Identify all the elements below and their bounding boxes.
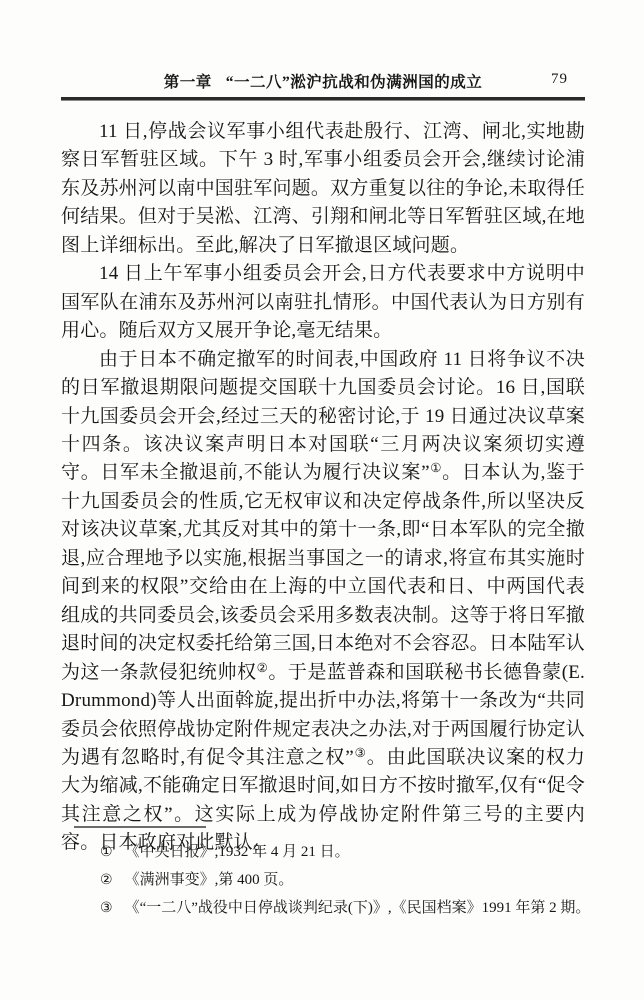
- header-rule: [61, 97, 585, 101]
- footnote-item: ①《中央日报》,1932 年 4 月 21 日。: [61, 838, 585, 866]
- footnote-reference-marker: ①: [430, 461, 442, 475]
- chapter-label: 第一章: [164, 70, 212, 92]
- chapter-title: “一二八”淞沪抗战和伪满洲国的成立: [226, 70, 483, 92]
- page-number: 79: [551, 71, 568, 88]
- paragraph: 由于日本不确定撤军的时间表,中国政府 11 日将争议不决的日军撤退期限问题提交国…: [61, 346, 585, 858]
- body-text: 11 日,停战会议军事小组代表赴殷行、江湾、闸北,实地勘察日军暂驻区域。下午 3…: [61, 118, 585, 858]
- footnote-reference-marker: ②: [257, 661, 269, 675]
- paragraph: 14 日上午军事小组委员会开会,日方代表要求中方说明中国军队在浦东及苏州河以南驻…: [61, 260, 585, 345]
- footnote-marker: ③: [100, 900, 113, 916]
- footnote-item: ③《“一二八”战役中日停战谈判纪录(下)》,《民国档案》1991 年第 2 期。: [61, 894, 585, 922]
- book-page: 第一章 “一二八”淞沪抗战和伪满洲国的成立 79 11 日,停战会议军事小组代表…: [0, 0, 644, 1000]
- footnote-separator: [74, 826, 206, 828]
- footnote-marker: ①: [100, 844, 113, 860]
- footnote-marker: ②: [100, 872, 113, 888]
- footnote-text: 《“一二八”战役中日停战谈判纪录(下)》,《民国档案》1991 年第 2 期。: [125, 900, 591, 916]
- footnote-text: 《满洲事变》,第 400 页。: [125, 872, 294, 888]
- footnote-text: 《中央日报》,1932 年 4 月 21 日。: [125, 844, 350, 860]
- paragraph: 11 日,停战会议军事小组代表赴殷行、江湾、闸北,实地勘察日军暂驻区域。下午 3…: [61, 118, 585, 260]
- footnote-reference-marker: ③: [354, 746, 367, 760]
- footnote-item: ②《满洲事变》,第 400 页。: [61, 866, 585, 894]
- footnotes: ①《中央日报》,1932 年 4 月 21 日。②《满洲事变》,第 400 页。…: [61, 838, 585, 922]
- running-head: 第一章 “一二八”淞沪抗战和伪满洲国的成立: [61, 69, 585, 93]
